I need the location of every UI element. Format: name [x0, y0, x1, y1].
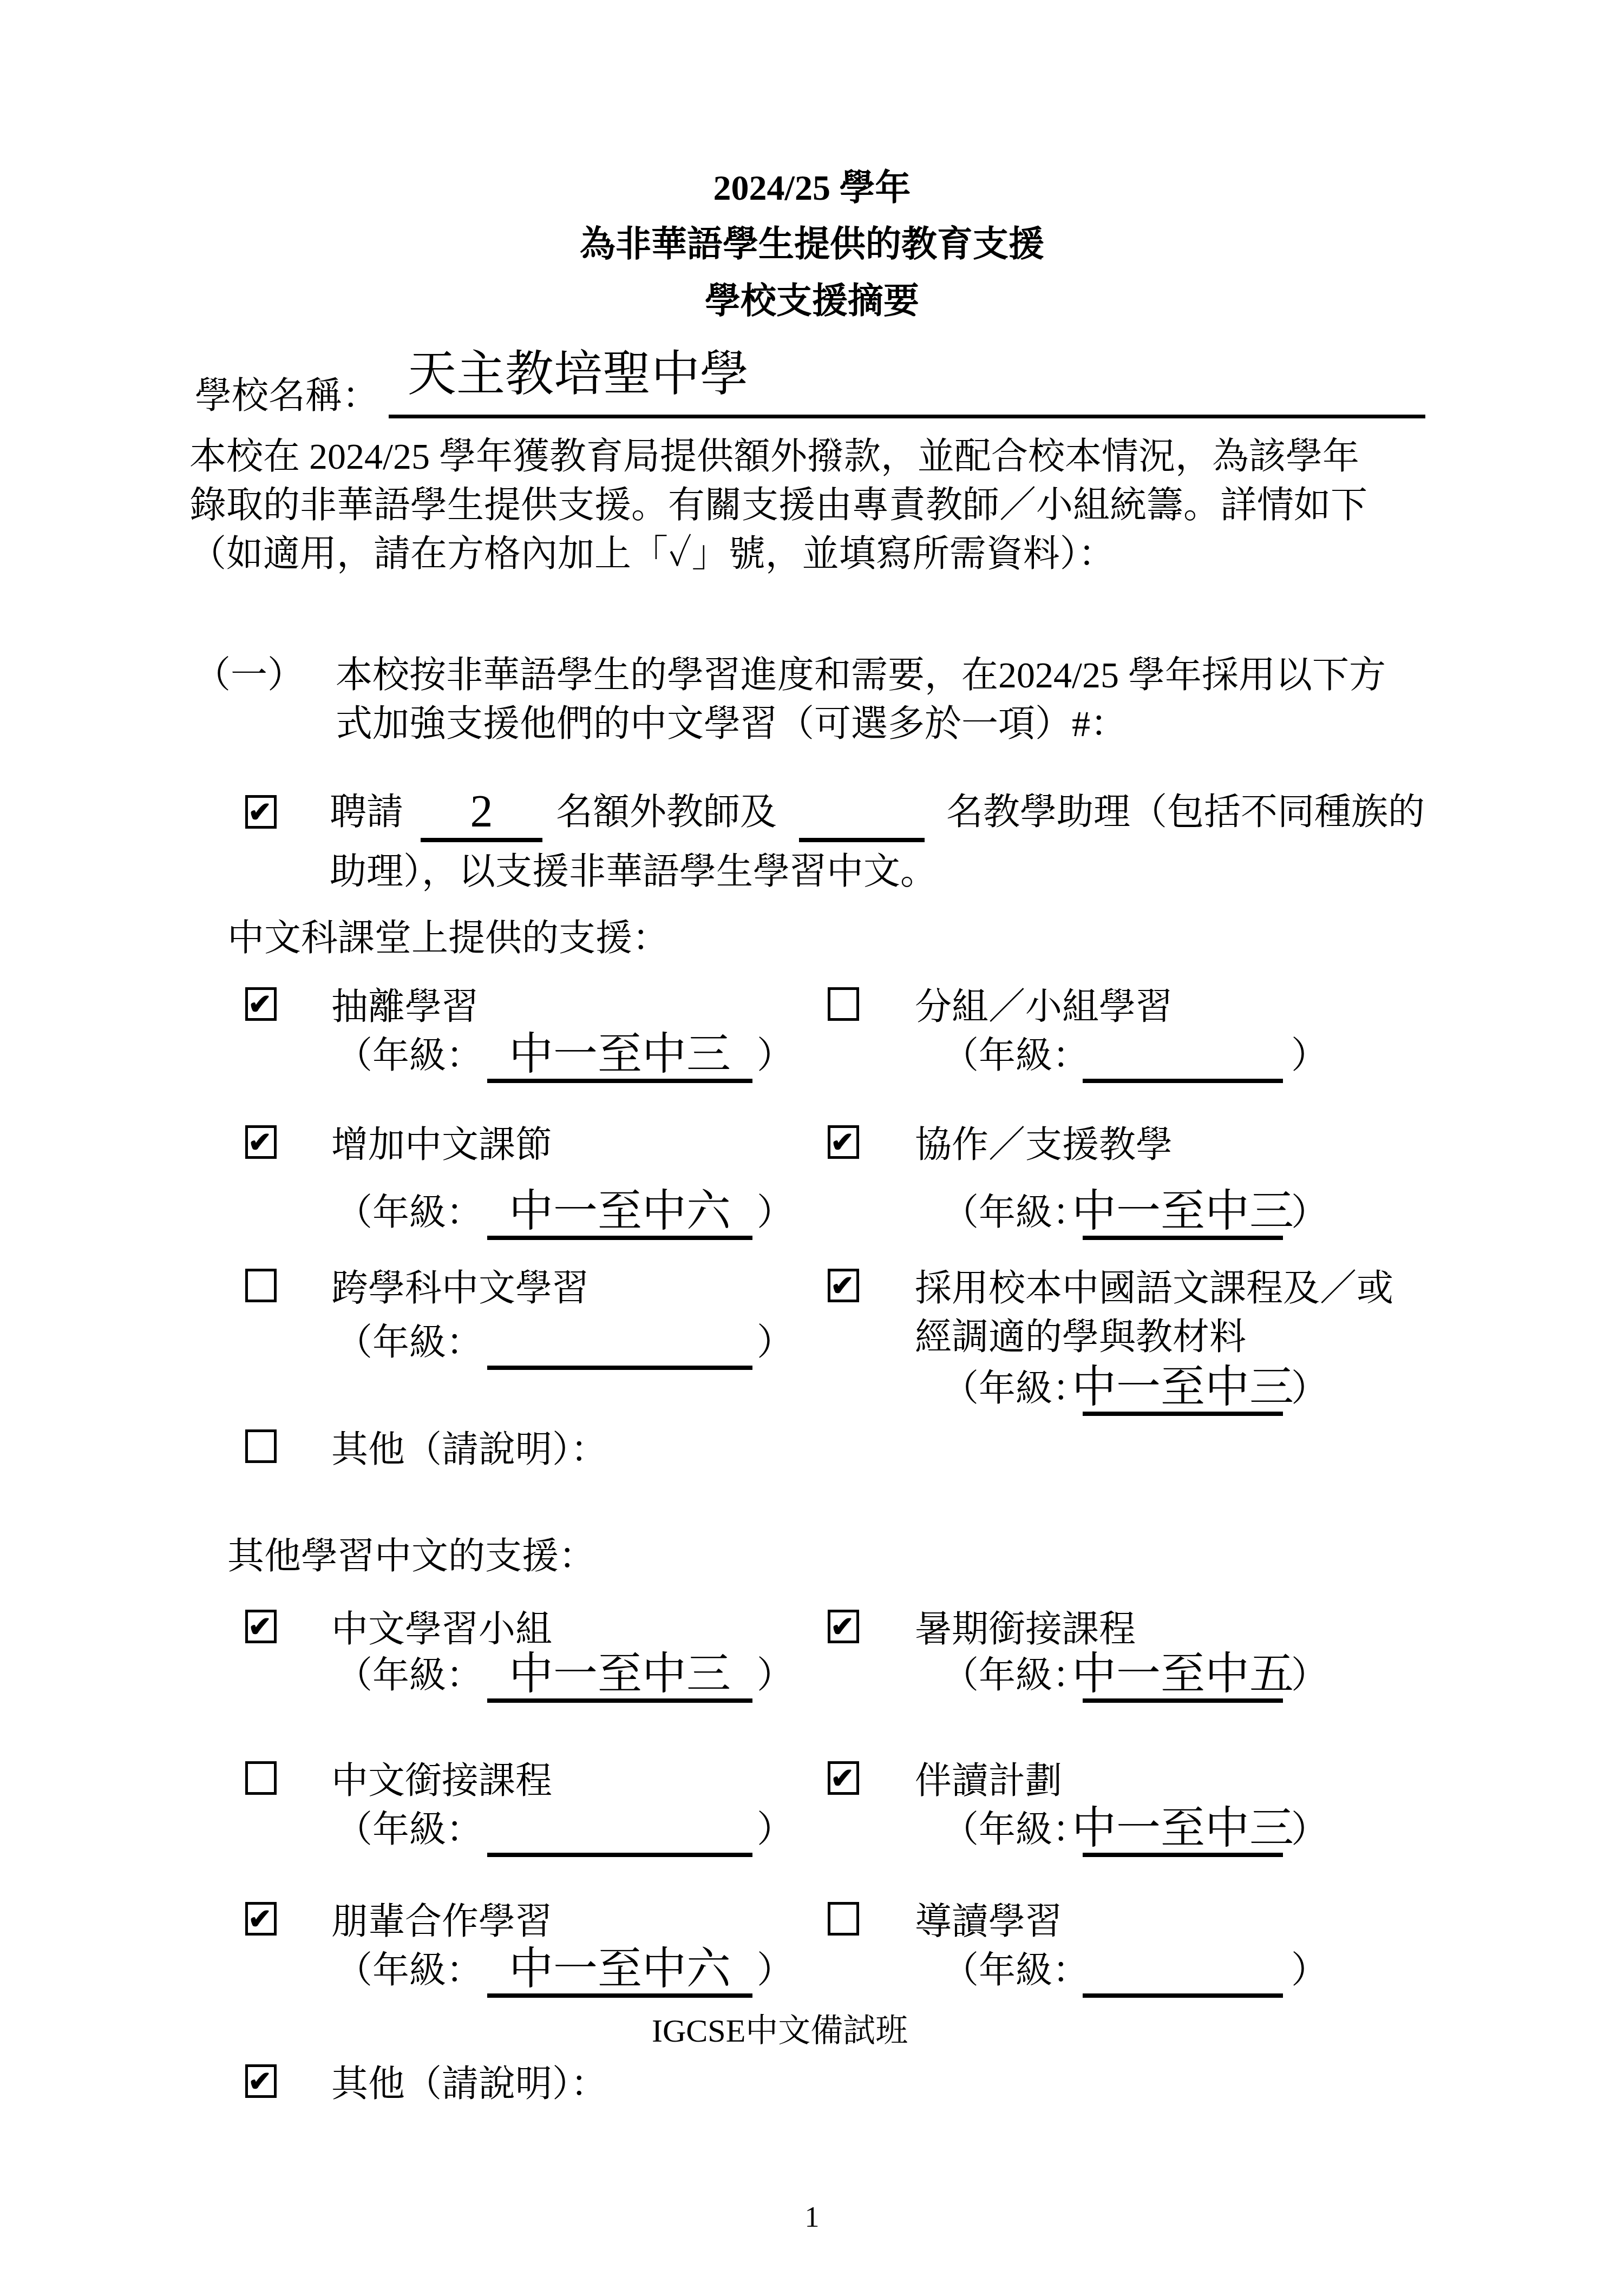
page-title-line-3: 學校支援摘要: [0, 277, 1624, 326]
hire-text-pre: 聘請: [330, 788, 403, 836]
checkmark-icon: ✔: [830, 1129, 854, 1157]
label-pull-out-learning: 抽離學習: [331, 982, 479, 1031]
grade-value-peer-learning[interactable]: 中一至中六: [466, 1945, 774, 1993]
checkmark-icon: ✔: [830, 1272, 854, 1301]
grade-suffix: ）: [757, 1031, 794, 1080]
checkmark-icon: ✔: [248, 2068, 272, 2096]
grade-suffix: ）: [757, 1318, 794, 1367]
grade-value-additional-chinese-lessons[interactable]: 中一至中六: [466, 1187, 774, 1236]
checkbox-hire-teachers[interactable]: ✔: [245, 795, 277, 829]
grade-field-line[interactable]: [487, 1853, 752, 1857]
grade-value-reading-companion-scheme[interactable]: 中一至中三: [1061, 1804, 1305, 1853]
grade-value-pull-out-learning[interactable]: 中一至中三: [466, 1030, 774, 1079]
checkbox-other-support[interactable]: ✔: [245, 2064, 277, 2098]
grade-prefix: （年級：: [336, 1946, 483, 1995]
checkbox-summer-bridging[interactable]: ✔: [828, 1610, 859, 1643]
grade-prefix: （年級：: [336, 1188, 483, 1237]
checkmark-icon: ✔: [248, 1906, 272, 1934]
checkbox-peer-learning[interactable]: ✔: [245, 1902, 277, 1936]
label-additional-chinese-lessons: 增加中文課節: [331, 1120, 552, 1169]
grade-prefix: （年級：: [942, 1031, 1089, 1080]
label-chinese-learning-group: 中文學習小組: [331, 1605, 552, 1654]
label-other-support: 其他（請說明）：: [331, 2059, 607, 2108]
label-school-based-curriculum: 採用校本中國語文課程及／或 經調適的學與教材料: [915, 1264, 1393, 1361]
grade-field-line[interactable]: [487, 1993, 752, 1998]
checkbox-in-class-other[interactable]: [245, 1429, 277, 1463]
checkbox-school-based-curriculum[interactable]: ✔: [828, 1269, 859, 1302]
label-group-learning: 分組／小組學習: [915, 982, 1173, 1031]
grade-suffix: ）: [1291, 1805, 1328, 1854]
page-title-line-2: 為非華語學生提供的教育支援: [0, 220, 1624, 269]
grade-suffix: ）: [1291, 1188, 1328, 1237]
label-reading-companion-scheme: 伴讀計劃: [915, 1756, 1062, 1805]
grade-prefix: （年級：: [336, 1031, 483, 1080]
checkmark-icon: ✔: [830, 1613, 854, 1642]
form-page: 2024/25 學年 為非華語學生提供的教育支援 學校支援摘要 學校名稱： 天主…: [0, 0, 1624, 2296]
other-support-description[interactable]: IGCSE中文備試班: [652, 2009, 908, 2052]
grade-value-school-based-curriculum[interactable]: 中一至中三: [1061, 1363, 1305, 1412]
label-in-class-other: 其他（請說明）：: [331, 1425, 607, 1474]
grade-suffix: ）: [757, 1805, 794, 1854]
label-guided-reading: 導讀學習: [915, 1897, 1062, 1946]
page-title-line-1: 2024/25 學年: [0, 164, 1624, 213]
hire-text-line2: 助理），以支援非華語學生學習中文。: [330, 847, 937, 896]
checkbox-chinese-learning-group[interactable]: ✔: [245, 1610, 277, 1643]
grade-prefix: （年級：: [942, 1946, 1089, 1995]
label-co-teaching: 協作／支援教學: [915, 1120, 1173, 1169]
checkmark-icon: ✔: [248, 1613, 272, 1642]
in-class-support-header: 中文科課堂上提供的支援：: [227, 914, 669, 962]
checkbox-co-teaching[interactable]: ✔: [828, 1125, 859, 1159]
grade-field-line[interactable]: [1083, 1079, 1283, 1083]
other-support-header: 其他學習中文的支援：: [227, 1532, 595, 1580]
school-name-underline[interactable]: [389, 415, 1425, 418]
grade-field-line[interactable]: [1083, 1993, 1283, 1998]
grade-field-line[interactable]: [1083, 1853, 1283, 1857]
grade-field-line[interactable]: [487, 1698, 752, 1703]
grade-suffix: ）: [1291, 1946, 1328, 1995]
school-name-value[interactable]: 天主教培聖中學: [408, 347, 749, 402]
label-peer-learning: 朋輩合作學習: [331, 1897, 552, 1946]
section-one-marker: （一）: [194, 651, 304, 699]
school-name-label: 學校名稱：: [195, 371, 379, 420]
checkbox-reading-companion-scheme[interactable]: ✔: [828, 1761, 859, 1795]
checkmark-icon: ✔: [248, 991, 272, 1019]
hire-text-mid: 名額外教師及: [556, 788, 777, 836]
checkbox-pull-out-learning[interactable]: ✔: [245, 987, 277, 1021]
checkbox-cross-curricular-chinese[interactable]: [245, 1269, 277, 1302]
checkmark-icon: ✔: [248, 799, 272, 827]
grade-suffix: ）: [757, 1946, 794, 1995]
grade-prefix: （年級：: [336, 1805, 483, 1854]
grade-suffix: ）: [757, 1188, 794, 1237]
label-cross-curricular-chinese: 跨學科中文學習: [331, 1264, 589, 1313]
section-one-heading: 本校按非華語學生的學習進度和需要，在2024/25 學年採用以下方 式加強支援他…: [336, 651, 1386, 748]
intro-paragraph: 本校在 2024/25 學年獲教育局提供額外撥款，並配合校本情況，為該學年 錄取…: [189, 432, 1367, 578]
grade-field-line[interactable]: [487, 1366, 752, 1370]
grade-field-line[interactable]: [487, 1236, 752, 1240]
grade-suffix: ）: [1291, 1651, 1328, 1700]
page-number: 1: [0, 2201, 1624, 2233]
grade-field-line[interactable]: [1083, 1412, 1283, 1416]
grade-value-co-teaching[interactable]: 中一至中三: [1061, 1187, 1305, 1236]
grade-suffix: ）: [1291, 1364, 1328, 1413]
grade-field-line[interactable]: [1083, 1236, 1283, 1240]
checkmark-icon: ✔: [248, 1129, 272, 1157]
grade-prefix: （年級：: [336, 1318, 483, 1367]
grade-value-chinese-learning-group[interactable]: 中一至中三: [466, 1650, 774, 1698]
grade-field-line[interactable]: [487, 1079, 752, 1083]
label-chinese-bridging: 中文銜接課程: [331, 1756, 552, 1805]
grade-value-summer-bridging[interactable]: 中一至中五: [1061, 1650, 1305, 1698]
label-summer-bridging: 暑期銜接課程: [915, 1605, 1136, 1654]
teacher-count-field-line[interactable]: [421, 838, 542, 842]
teacher-count-value[interactable]: 2: [410, 786, 553, 838]
checkmark-icon: ✔: [830, 1765, 854, 1793]
grade-suffix: ）: [757, 1651, 794, 1700]
grade-field-line[interactable]: [1083, 1698, 1283, 1703]
checkbox-chinese-bridging[interactable]: [245, 1761, 277, 1795]
checkbox-group-learning[interactable]: [828, 987, 859, 1021]
assistant-count-field-line[interactable]: [799, 838, 925, 842]
checkbox-additional-chinese-lessons[interactable]: ✔: [245, 1125, 277, 1159]
hire-text-post: 名教學助理（包括不同種族的: [946, 788, 1425, 836]
grade-prefix: （年級：: [336, 1651, 483, 1700]
grade-suffix: ）: [1291, 1031, 1328, 1080]
checkbox-guided-reading[interactable]: [828, 1902, 859, 1936]
